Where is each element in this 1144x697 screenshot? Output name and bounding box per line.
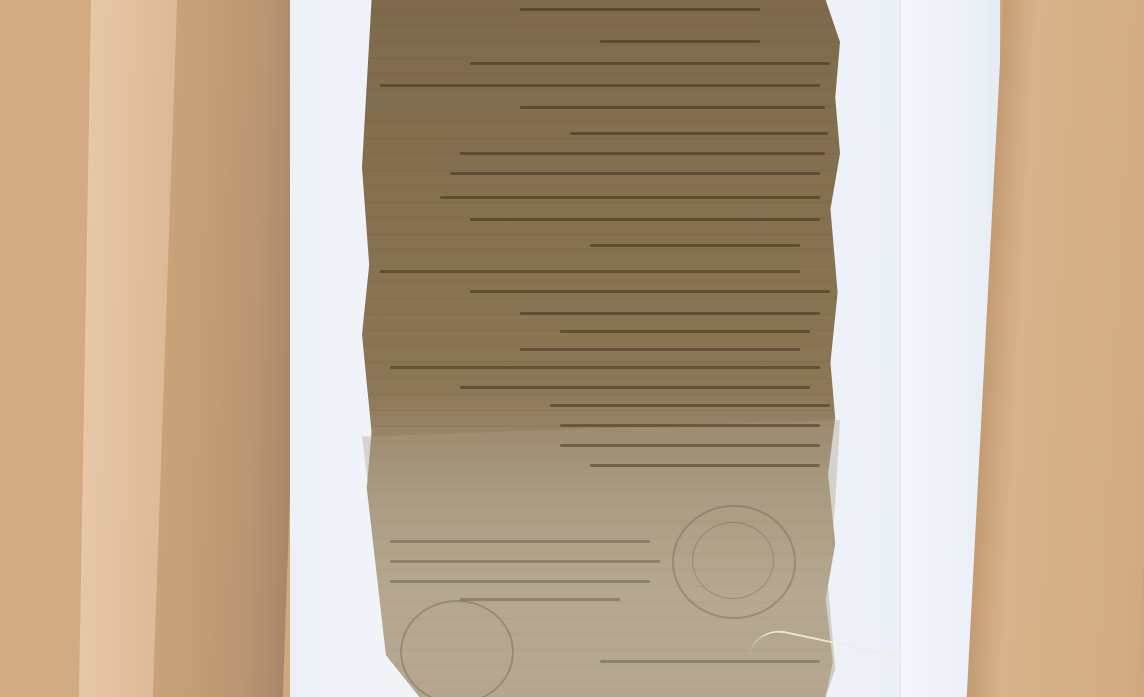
handwriting-line <box>470 290 830 293</box>
handwriting-line <box>560 444 820 447</box>
handwriting-line <box>460 386 810 389</box>
handwriting-line <box>520 312 820 315</box>
seal-stamp-right-inner <box>692 522 774 599</box>
handwriting-line <box>550 404 830 407</box>
handwriting-line <box>560 330 810 333</box>
handwriting-line <box>460 598 620 601</box>
handwriting-line <box>520 106 825 109</box>
handwriting-line <box>600 40 760 43</box>
handwriting-line <box>520 8 760 11</box>
folder-edge-left <box>153 0 307 697</box>
handwriting-line <box>470 218 820 221</box>
handwriting-line <box>390 560 660 563</box>
handwriting-line <box>470 62 830 65</box>
handwriting-line <box>440 196 820 199</box>
manuscript-photo <box>0 0 1144 697</box>
seal-stamp-left <box>400 600 514 697</box>
handwriting-line <box>520 348 800 351</box>
handwriting-line <box>570 132 828 135</box>
handwriting-line <box>590 244 800 247</box>
handwriting-line <box>380 84 820 87</box>
handwriting-line <box>450 172 820 175</box>
handwriting-line <box>390 366 820 369</box>
handwriting-line <box>380 270 800 273</box>
handwriting-line <box>560 424 820 427</box>
handwriting-line <box>590 464 820 467</box>
handwriting-line <box>460 152 825 155</box>
handwriting-line <box>390 540 650 543</box>
handwriting-line <box>390 580 650 583</box>
